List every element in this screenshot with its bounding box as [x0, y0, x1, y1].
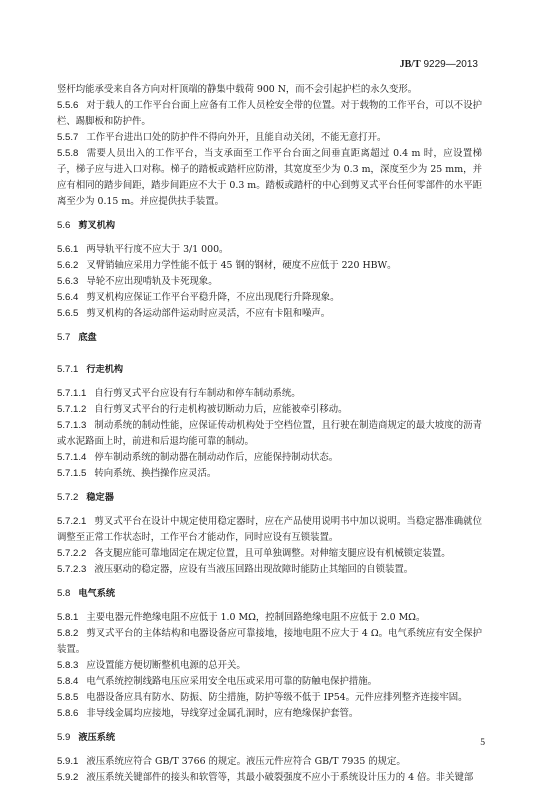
clause-paragraph: 5.5.8需要人员出入的工作平台，当支承面至工作平台台面之间垂直距离超过 0.4…	[57, 146, 482, 210]
clause-paragraph: 5.7.1.2自行剪叉式平台的行走机构被切断动力后，应能被牵引移动。	[57, 402, 482, 418]
clause-paragraph: 5.8.1主要电器元件绝缘电阻不应低于 1.0 MΩ，控制回路绝缘电阻不应低于 …	[57, 610, 482, 626]
clause-paragraph: 5.5.7工作平台进出口处的防护件不得向外开，且能自动关闭，不能无意打开。	[57, 130, 482, 146]
clause-paragraph: 5.7.2.1剪叉式平台在设计中规定使用稳定器时，应在产品使用说明书中加以说明。…	[57, 514, 482, 546]
section-title: 剪叉机构	[78, 220, 115, 231]
clause-paragraph: 5.8.6非导线金属均应接地，导线穿过金属孔洞时，应有绝缘保护套管。	[57, 706, 482, 722]
clause-paragraph: 5.7.1.3制动系统的制动性能，应保证传动机构处于空档位置，且行驶在制造商规定…	[57, 418, 482, 450]
section-number: 5.7	[57, 332, 70, 343]
section-number: 5.7.1	[57, 364, 78, 375]
section-heading: 5.7.1行走机构	[57, 362, 482, 378]
section-title: 稳定器	[86, 492, 114, 503]
clause-paragraph: 5.6.2叉臂销轴应采用力学性能不低于 45 钢的钢材，硬度不应低于 220 H…	[57, 258, 482, 274]
clause-number: 5.8.1	[57, 612, 78, 623]
clause-text: 液压驱动的稳定器，应设有当液压回路出现故障时能防止其缩回的自锁装置。	[94, 564, 413, 575]
clause-text: 自行剪叉式平台的行走机构被切断动力后，应能被牵引移动。	[94, 404, 347, 415]
clause-text: 液压系统关键部件的接头和软管等，其最小破裂强度不应小于系统设计压力的 4 倍。非…	[86, 772, 473, 783]
clause-paragraph: 5.7.1.5转向系统、换挡操作应灵活。	[57, 466, 482, 482]
section-number: 5.7.2	[57, 492, 78, 503]
clause-number: 5.5.6	[57, 100, 78, 111]
section-number: 5.6	[57, 220, 70, 231]
clause-text: 对于载人的工作平台台面上应备有工作人员栓安全带的位置。对于载物的工作平台，可以不…	[57, 100, 482, 127]
clause-text: 叉臂销轴应采用力学性能不低于 45 钢的钢材，硬度不应低于 220 HBW。	[86, 260, 396, 271]
clause-text: 电气系统控制线路电压应采用安全电压或采用可靠的防触电保护措施。	[86, 676, 377, 687]
clause-text: 转向系统、换挡操作应灵活。	[94, 468, 216, 479]
clause-text: 液压系统应符合 GB/T 3766 的规定。液压元件应符合 GB/T 7935 …	[86, 756, 405, 767]
clause-paragraph: 5.6.4剪叉机构应保证工作平台平稳升降，不应出现爬行升降现象。	[57, 290, 482, 306]
clause-paragraph: 5.8.2剪叉式平台的主体结构和电器设备应可靠接地，接地电阻不应大于 4 Ω。电…	[57, 626, 482, 658]
section-number: 5.8	[57, 588, 70, 599]
clause-paragraph: 5.8.3应设置能方便切断整机电源的总开关。	[57, 658, 482, 674]
clause-text: 应设置能方便切断整机电源的总开关。	[86, 660, 245, 671]
clause-text: 竖杆均能承受来自各方向对杆顶端的静集中载荷 900 N，而不会引起护栏的永久变形…	[57, 84, 417, 95]
clause-text: 制动系统的制动性能，应保证传动机构处于空档位置，且行驶在制造商规定的最大坡度的沥…	[57, 420, 482, 447]
clause-number: 5.7.1.4	[57, 452, 86, 463]
page-number: 5	[480, 737, 485, 748]
clause-text: 剪叉机构的各运动部件运动时应灵活，不应有卡阻和噪声。	[86, 308, 330, 319]
clause-text: 各支腿应能可靠地固定在规定位置，且可单独调整。对伸缩支腿应设有机械锁定装置。	[94, 548, 450, 559]
clause-paragraph: 5.6.1两导轨平行度不应大于 3/1 000。	[57, 242, 482, 258]
clause-text: 剪叉式平台在设计中规定使用稳定器时，应在产品使用说明书中加以说明。当稳定器准确就…	[57, 516, 482, 543]
document-body: 竖杆均能承受来自各方向对杆顶端的静集中载荷 900 N，而不会引起护栏的永久变形…	[57, 82, 482, 785]
clause-number: 5.6.1	[57, 244, 78, 255]
section-title: 电气系统	[78, 588, 115, 599]
section-heading: 5.9液压系统	[57, 730, 482, 746]
clause-number: 5.8.5	[57, 692, 78, 703]
clause-number: 5.6.3	[57, 276, 78, 287]
clause-paragraph: 5.7.1.1自行剪叉式平台应设有行车制动和停车制动系统。	[57, 386, 482, 402]
standard-prefix: JB/T	[400, 59, 421, 70]
clause-paragraph: 5.7.2.3液压驱动的稳定器，应设有当液压回路出现故障时能防止其缩回的自锁装置…	[57, 562, 482, 578]
section-number: 5.9	[57, 732, 70, 743]
section-title: 底盘	[78, 332, 96, 343]
clause-number: 5.6.4	[57, 292, 78, 303]
clause-number: 5.7.1.1	[57, 388, 86, 399]
clause-text: 剪叉式平台的主体结构和电器设备应可靠接地，接地电阻不应大于 4 Ω。电气系统应有…	[57, 628, 482, 655]
clause-text: 电器设备应具有防水、防振、防尘措施，防护等级不低于 IP54。元件应排列整齐连接…	[86, 692, 467, 703]
clause-number: 5.7.1.3	[57, 420, 86, 431]
clause-number: 5.8.3	[57, 660, 78, 671]
clause-number: 5.7.1.2	[57, 404, 86, 415]
clause-text: 自行剪叉式平台应设有行车制动和停车制动系统。	[94, 388, 300, 399]
clause-paragraph: 5.9.2液压系统关键部件的接头和软管等，其最小破裂强度不应小于系统设计压力的 …	[57, 770, 482, 785]
clause-paragraph: 5.7.2.2各支腿应能可靠地固定在规定位置，且可单独调整。对伸缩支腿应设有机械…	[57, 546, 482, 562]
clause-paragraph: 5.5.6对于载人的工作平台台面上应备有工作人员栓安全带的位置。对于载物的工作平…	[57, 98, 482, 130]
section-heading: 5.8电气系统	[57, 586, 482, 602]
section-heading: 5.7.2稳定器	[57, 490, 482, 506]
section-heading: 5.6剪叉机构	[57, 218, 482, 234]
clause-paragraph: 5.6.3导轮不应出现啃轨及卡死现象。	[57, 274, 482, 290]
standard-number-header: JB/T 9229—2013	[400, 59, 478, 70]
clause-number: 5.8.4	[57, 676, 78, 687]
clause-number: 5.6.2	[57, 260, 78, 271]
clause-paragraph: 5.6.5剪叉机构的各运动部件运动时应灵活，不应有卡阻和噪声。	[57, 306, 482, 322]
clause-text: 两导轨平行度不应大于 3/1 000。	[86, 244, 228, 255]
clause-text: 非导线金属均应接地，导线穿过金属孔洞时，应有绝缘保护套管。	[86, 708, 358, 719]
clause-number: 5.8.6	[57, 708, 78, 719]
clause-paragraph: 5.9.1液压系统应符合 GB/T 3766 的规定。液压元件应符合 GB/T …	[57, 754, 482, 770]
section-title: 行走机构	[86, 364, 123, 375]
clause-text: 工作平台进出口处的防护件不得向外开，且能自动关闭，不能无意打开。	[86, 132, 386, 143]
clause-number: 5.8.2	[57, 628, 78, 639]
clause-number: 5.7.2.3	[57, 564, 86, 575]
clause-text: 主要电器元件绝缘电阻不应低于 1.0 MΩ，控制回路绝缘电阻不应低于 2.0 M…	[86, 612, 425, 623]
clause-paragraph: 5.8.5电器设备应具有防水、防振、防尘措施，防护等级不低于 IP54。元件应排…	[57, 690, 482, 706]
clause-number: 5.7.1.5	[57, 468, 86, 479]
section-heading: 5.7底盘	[57, 330, 482, 346]
clause-number: 5.7.2.2	[57, 548, 86, 559]
clause-text: 停车制动系统的制动器在制动动作后，应能保持制动状态。	[94, 452, 338, 463]
clause-number: 5.6.5	[57, 308, 78, 319]
clause-paragraph: 5.7.1.4停车制动系统的制动器在制动动作后，应能保持制动状态。	[57, 450, 482, 466]
clause-number: 5.5.8	[57, 148, 78, 159]
clause-number: 5.9.2	[57, 772, 78, 783]
clause-number: 5.5.7	[57, 132, 78, 143]
clause-text: 剪叉机构应保证工作平台平稳升降，不应出现爬行升降现象。	[86, 292, 339, 303]
clause-number: 5.7.2.1	[57, 516, 86, 527]
clause-text: 需要人员出入的工作平台，当支承面至工作平台台面之间垂直距离超过 0.4 m 时，…	[57, 148, 482, 207]
clause-paragraph: 5.8.4电气系统控制线路电压应采用安全电压或采用可靠的防触电保护措施。	[57, 674, 482, 690]
standard-number: 9229—2013	[421, 59, 478, 70]
section-title: 液压系统	[78, 732, 115, 743]
clause-paragraph: 竖杆均能承受来自各方向对杆顶端的静集中载荷 900 N，而不会引起护栏的永久变形…	[57, 82, 482, 98]
clause-text: 导轮不应出现啃轨及卡死现象。	[86, 276, 217, 287]
clause-number: 5.9.1	[57, 756, 78, 767]
